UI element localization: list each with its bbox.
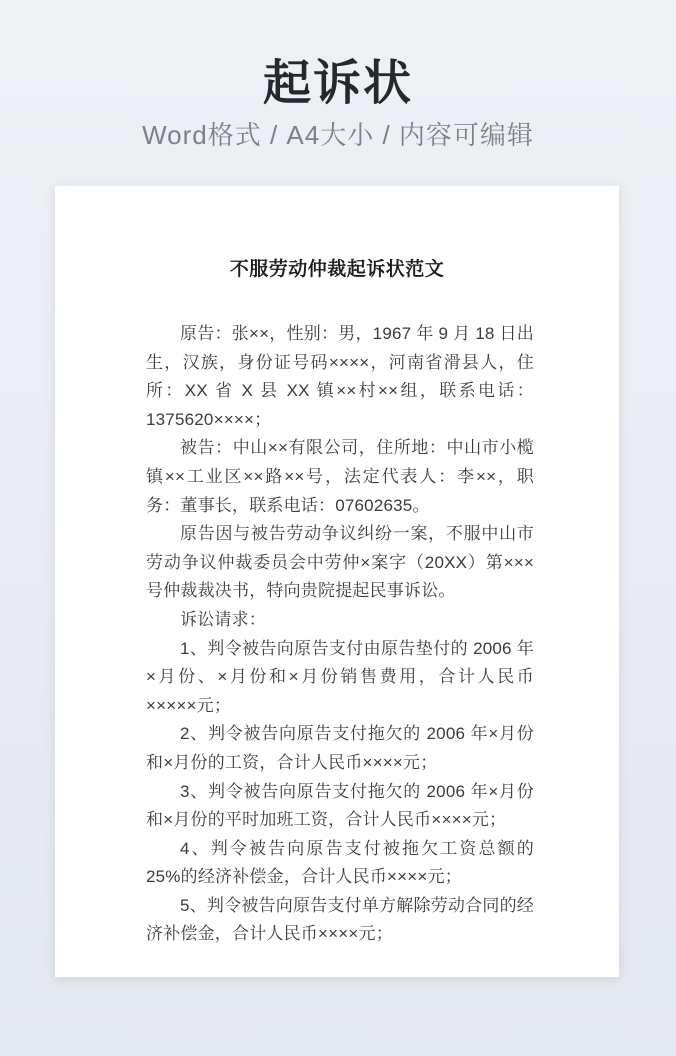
page-background: { "header": { "title": "起诉状", "subtitle"… [0, 0, 676, 1056]
document-preview: 不服劳动仲裁起诉状范文 原告：张××，性别：男，1967 年 9 月 18 日出… [55, 186, 619, 977]
document-paragraph: 原告：张××，性别：男，1967 年 9 月 18 日出生，汉族，身份证号码××… [146, 320, 534, 434]
page-header: 起诉状 Word格式 / A4大小 / 内容可编辑 [0, 0, 676, 150]
page-title: 起诉状 [0, 58, 676, 110]
document-paragraph: 4、判令被告向原告支付被拖欠工资总额的 25%的经济补偿金，合计人民币××××元… [146, 835, 534, 892]
document-paragraph: 原告因与被告劳动争议纠纷一案，不服中山市劳动争议仲裁委员会中劳仲×案字（20XX… [146, 520, 534, 606]
page-subtitle: Word格式 / A4大小 / 内容可编辑 [0, 120, 676, 150]
document-paragraph: 被告：中山××有限公司，住所地：中山市小榄镇××工业区××路××号，法定代表人：… [146, 434, 534, 520]
document-paragraph: 3、判令被告向原告支付拖欠的 2006 年×月份和×月份的平时加班工资，合计人民… [146, 778, 534, 835]
document-paragraph: 5、判令被告向原告支付单方解除劳动合同的经济补偿金，合计人民币××××元； [146, 892, 534, 949]
document-title: 不服劳动仲裁起诉状范文 [55, 186, 619, 282]
document-paragraph: 2、判令被告向原告支付拖欠的 2006 年×月份和×月份的工资，合计人民币×××… [146, 720, 534, 777]
document-paragraph: 诉讼请求： [146, 606, 534, 635]
document-paragraph: 1、判令被告向原告支付由原告垫付的 2006 年×月份、×月份和×月份销售费用，… [146, 635, 534, 721]
document-body: 原告：张××，性别：男，1967 年 9 月 18 日出生，汉族，身份证号码××… [146, 320, 534, 949]
